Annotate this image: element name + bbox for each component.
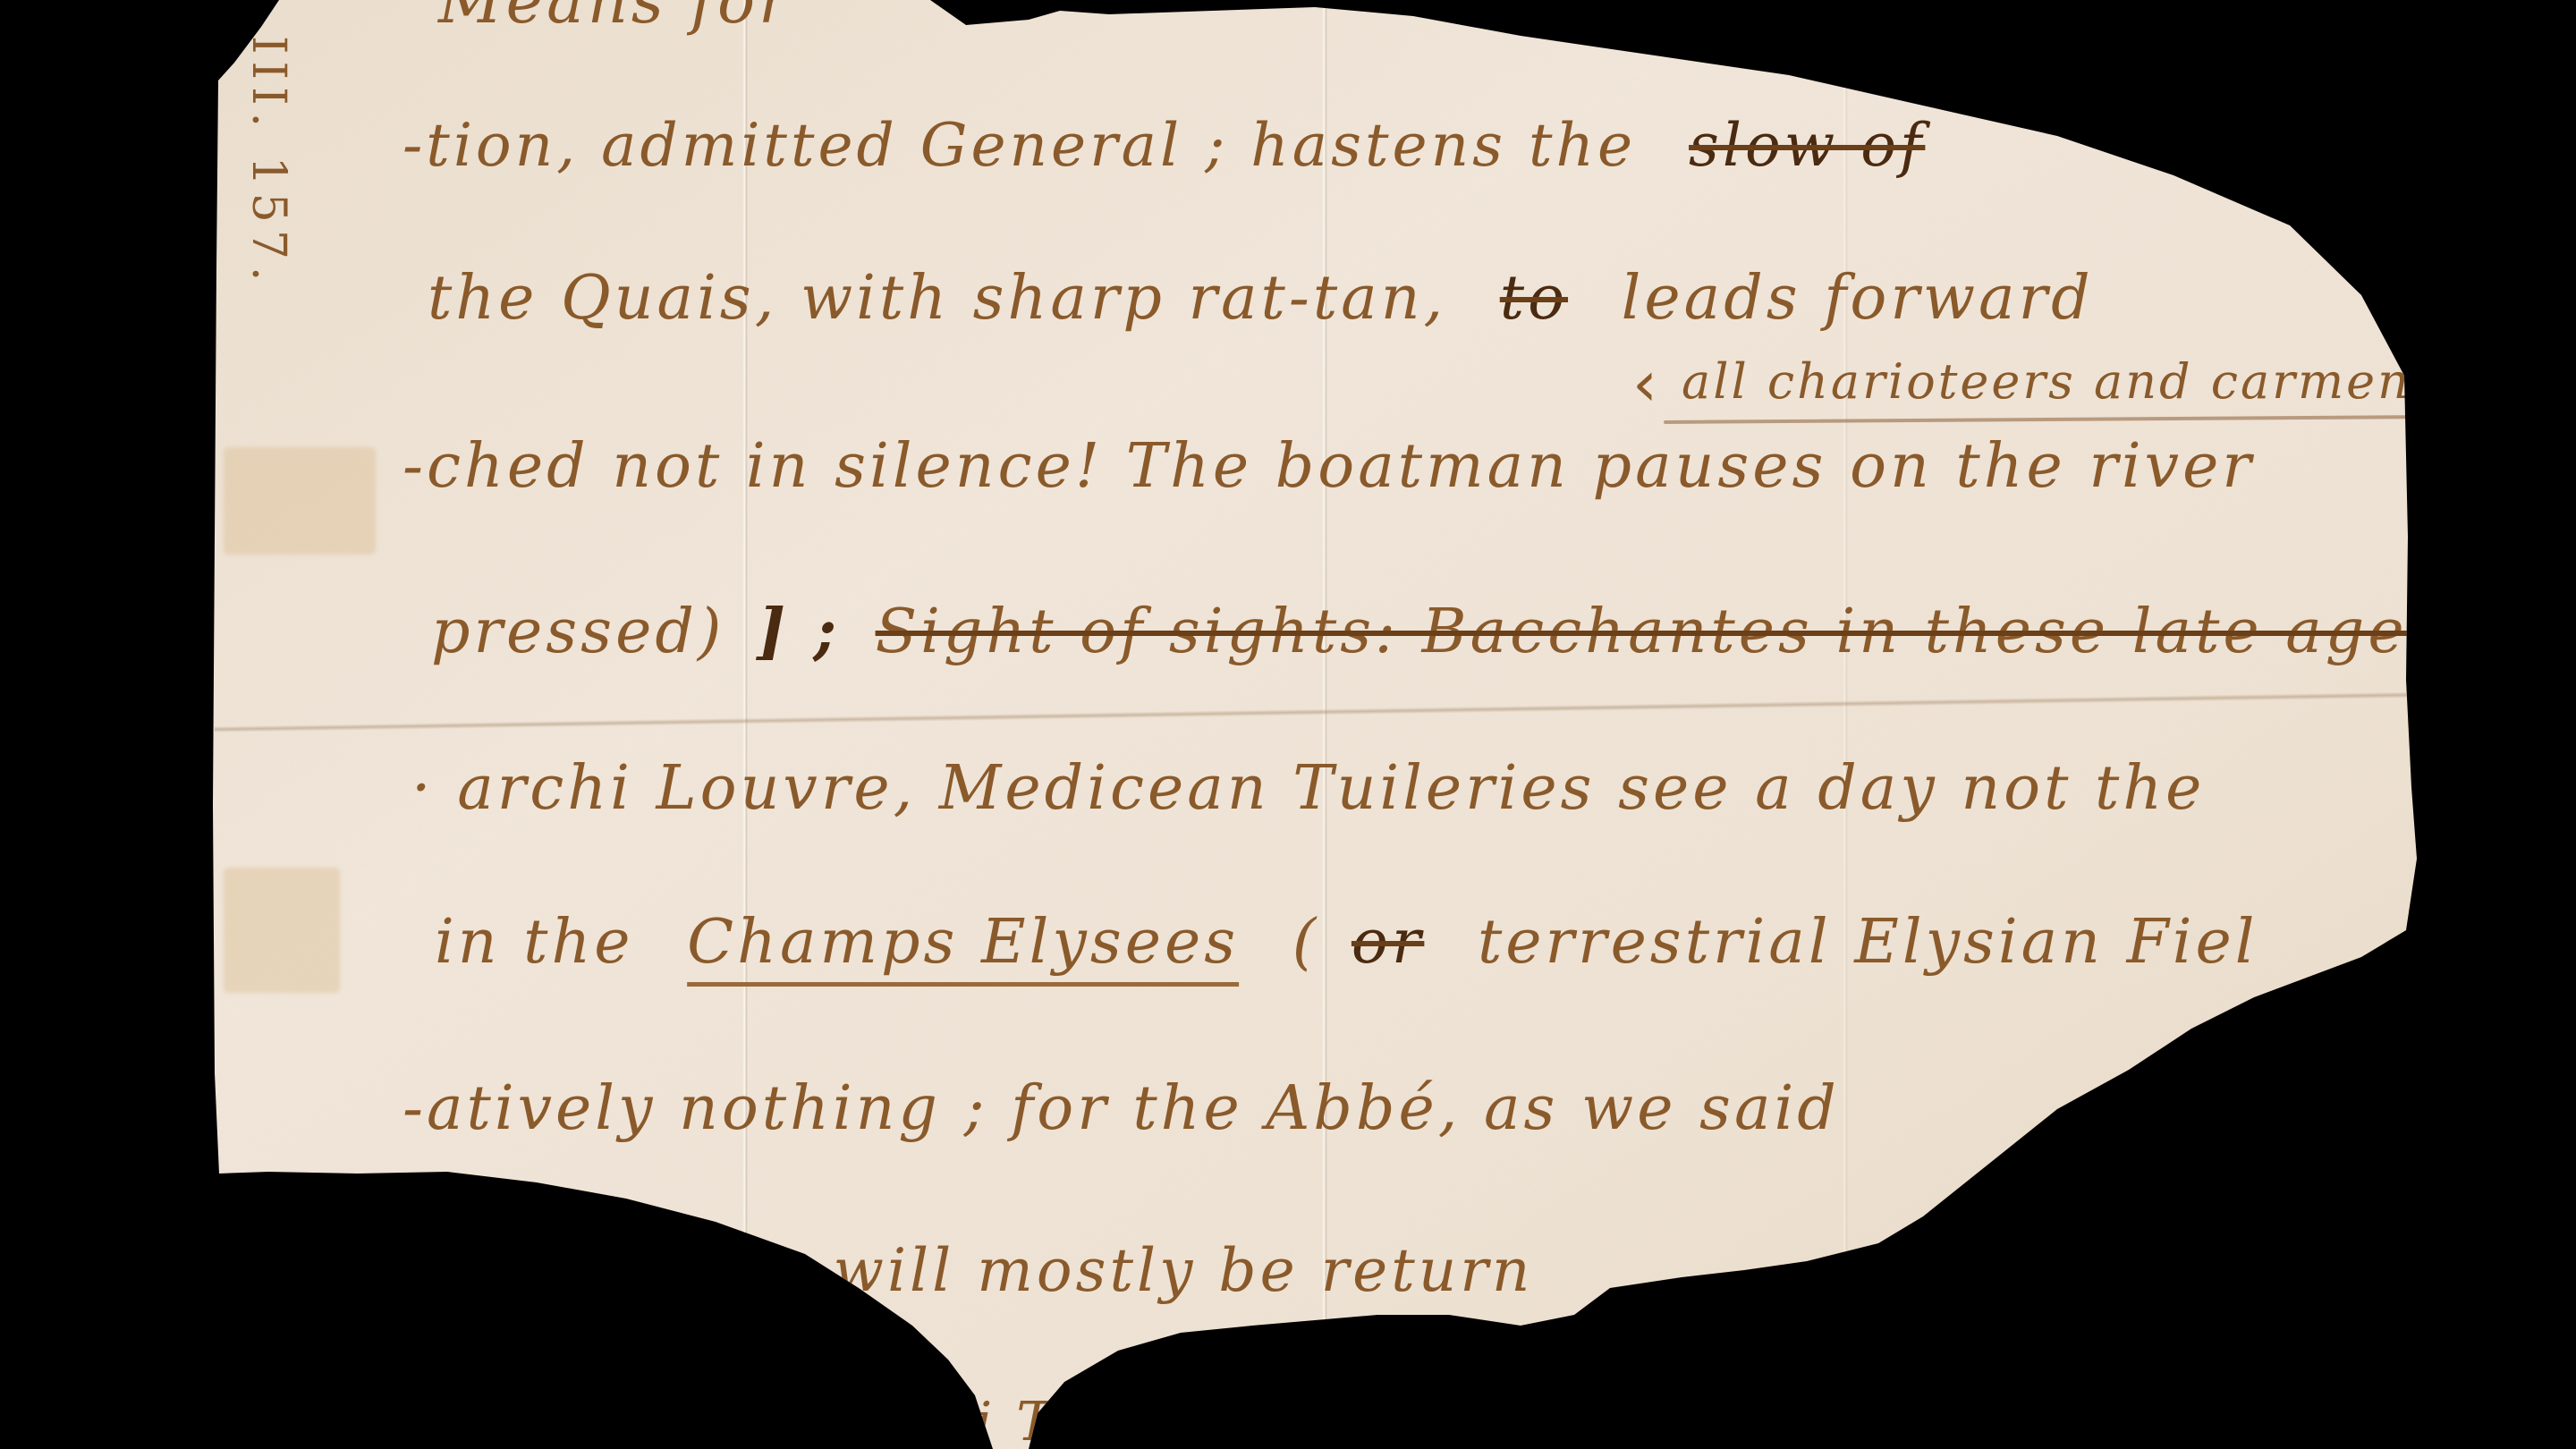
stain-lower-left: [224, 868, 340, 993]
manuscript-line-4: pressed) ] ; Sight of sights: Bacchantes…: [431, 601, 2523, 663]
vertical-fold-left: [742, 0, 748, 1449]
interlinear-insertion: all charioteers and carmen: [1682, 353, 2411, 410]
line-segment: (: [1292, 907, 1320, 978]
underlined-segment: Champs Elysees: [687, 907, 1239, 978]
line-segment: · archi Louvre, Medicean Tuileries see a…: [411, 753, 2205, 824]
line-segment: Means for: [438, 0, 792, 38]
line-segment: pressed): [431, 597, 724, 667]
manuscript-line-2: the Quais, with sharp rat-tan, to leads …: [428, 268, 2124, 329]
line-segment: the Quais, with sharp rat-tan,: [428, 263, 1446, 334]
manuscript-line-5: · archi Louvre, Medicean Tuileries see a…: [411, 758, 2235, 819]
manuscript-line-1: -tion, admitted General ; hastens the sl…: [402, 116, 1955, 175]
line-segment: -tion, admitted General ; hastens the: [402, 111, 1636, 180]
struck-segment: or: [1352, 907, 1424, 978]
margin-note-reference: III. 157.: [241, 36, 295, 288]
manuscript-line-0: Means for: [438, 0, 823, 32]
line-segment: -atively nothing ; for the Abbé, as we s…: [402, 1073, 1840, 1144]
insertion-underline: [1664, 415, 2406, 424]
struck-segment: Sight of sights: Bacchantes in these lat…: [876, 597, 2493, 667]
line-segment: in the: [435, 907, 634, 978]
vertical-fold-right: [1843, 0, 1848, 1449]
line-segment: -ched not in silence! The boatman pauses…: [402, 431, 2255, 502]
horizontal-fold: [215, 691, 2415, 733]
struck-segment: slow of: [1689, 111, 1925, 180]
struck-segment: to: [1500, 263, 1568, 334]
stain-upper-left: [224, 447, 376, 555]
manuscript-line-3: -ched not in silence! The boatman pauses…: [402, 436, 2285, 497]
insertion-caret: ‹: [1632, 347, 1657, 420]
line-segment: leads forward: [1622, 263, 2094, 334]
manuscript-line-6: in the Champs Elysees ( or terrestrial E…: [435, 912, 2289, 973]
line-segment: terrestrial Elysian Fiel: [1478, 907, 2258, 978]
vertical-fold-center: [1322, 0, 1327, 1449]
bracket-mark: ] ;: [757, 596, 840, 667]
manuscript-line-7: -atively nothing ; for the Abbé, as we s…: [402, 1079, 1870, 1140]
